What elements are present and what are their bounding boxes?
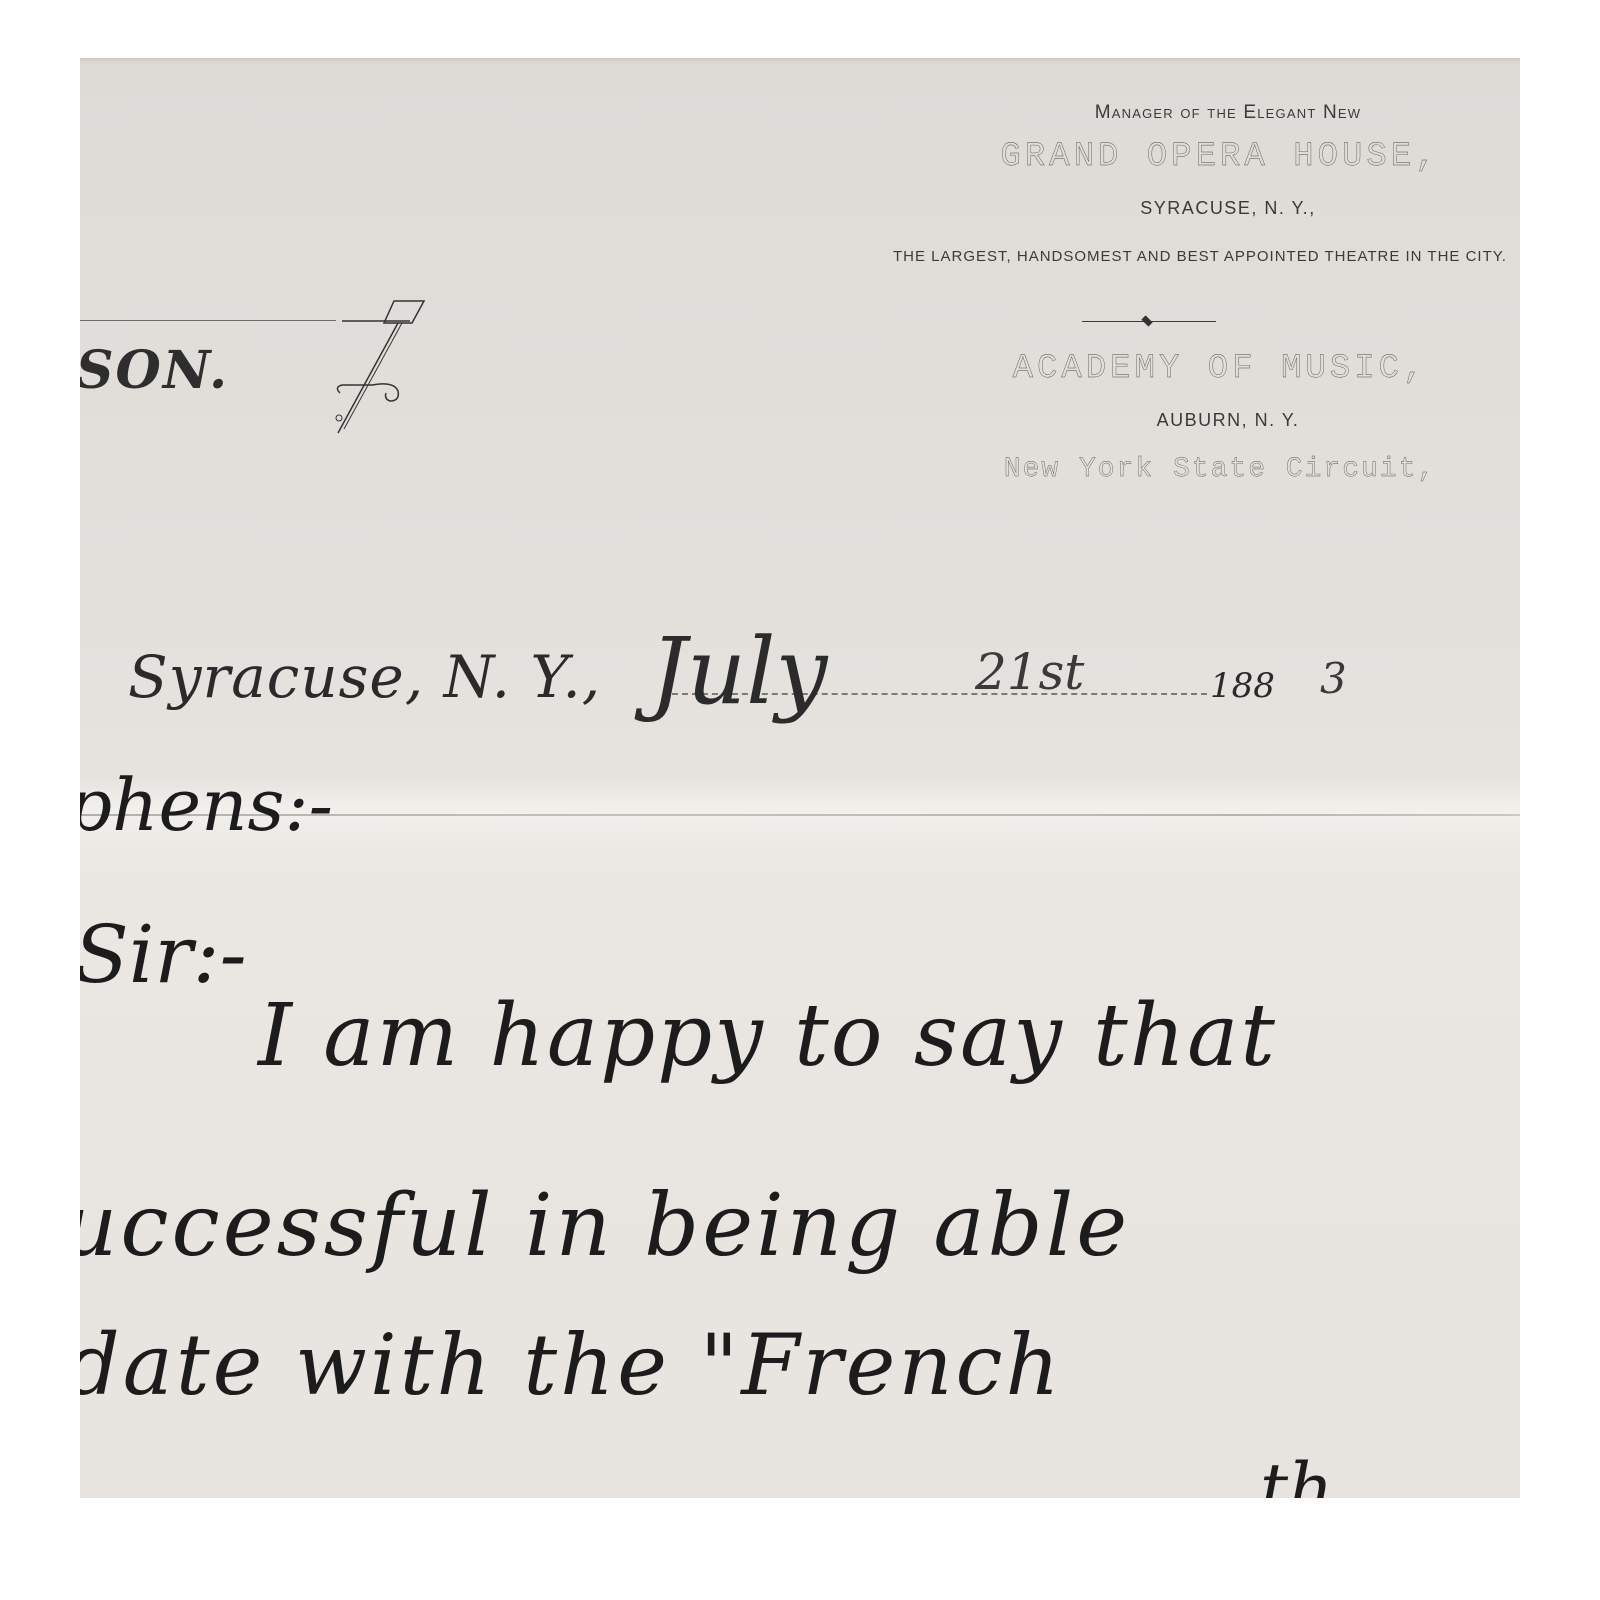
diamond-ornament-icon <box>1141 315 1152 326</box>
letter-line: th <box>1260 1448 1333 1498</box>
dateline-place: Syracuse, N. Y., <box>128 643 601 711</box>
letterhead-venue1-city: SYRACUSE, N. Y., <box>918 198 1520 219</box>
greeting: Sir:- <box>80 908 247 1001</box>
letterhead-name-fragment: SON. <box>80 340 229 401</box>
dateline-year-printed: 188 <box>1210 666 1275 706</box>
letter-line: I am happy to say that <box>258 986 1277 1086</box>
letter-paper: SON. Manager of the Elegant New GRAND OP… <box>80 58 1520 1498</box>
dateline-month: July <box>650 618 828 725</box>
letterhead-rule <box>80 320 336 321</box>
letterhead-venue-academy-of-music: ACADEMY OF MUSIC, <box>860 350 1520 388</box>
salutation-fragment: phens:- <box>80 763 333 847</box>
letterhead-tagline: THE LARGEST, HANDSOMEST AND BEST APPOINT… <box>820 246 1520 268</box>
dateline-year-handwritten: 3 <box>1320 654 1347 703</box>
letterhead-venue-grand-opera-house: GRAND OPERA HOUSE, <box>860 138 1520 176</box>
letter-line: date with the "French <box>80 1316 1063 1414</box>
dateline-day: 21st <box>975 643 1084 701</box>
flourish-ornament-icon <box>332 293 432 443</box>
letterhead-circuit: New York State Circuit, <box>860 454 1520 485</box>
letterhead-manager-line: Manager of the Elegant New <box>918 102 1520 124</box>
letter-line: uccessful in being able <box>80 1176 1130 1276</box>
letterhead-venue2-city: AUBURN, N. Y. <box>918 410 1520 431</box>
